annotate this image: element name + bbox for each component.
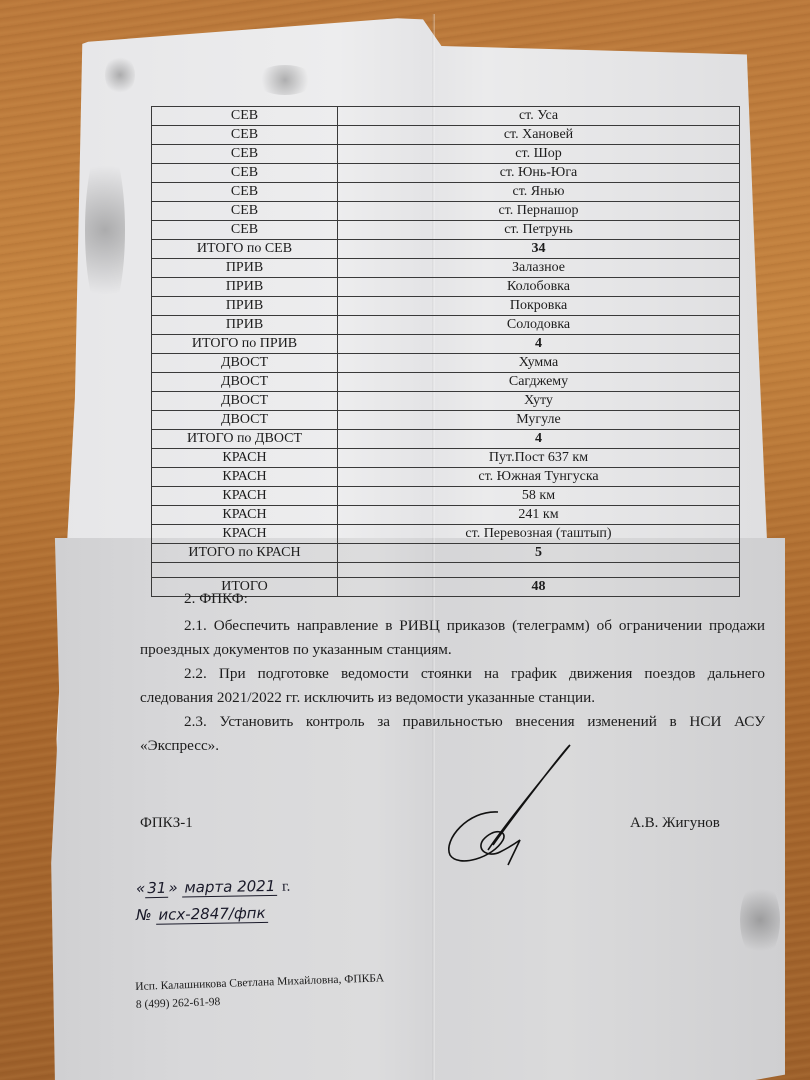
table-row: КРАСНПут.Пост 637 км bbox=[152, 449, 740, 468]
table-row: СЕВст. Шор bbox=[152, 145, 740, 164]
region-cell: СЕВ bbox=[152, 221, 338, 240]
item-2-2: 2.2. При подготовке ведомости стоянки на… bbox=[140, 662, 765, 710]
region-cell: СЕВ bbox=[152, 183, 338, 202]
table-row: ДВОСТСагджему bbox=[152, 373, 740, 392]
station-cell: ст. Южная Тунгуска bbox=[338, 468, 740, 487]
station-cell: ст. Пернашор bbox=[338, 202, 740, 221]
region-cell: КРАСН bbox=[152, 506, 338, 525]
count-cell: 4 bbox=[338, 335, 740, 354]
station-cell bbox=[338, 563, 740, 578]
count-cell: 48 bbox=[338, 578, 740, 597]
region-cell: КРАСН bbox=[152, 468, 338, 487]
table-row: ДВОСТХуту bbox=[152, 392, 740, 411]
region-cell: ДВОСТ bbox=[152, 354, 338, 373]
region-cell: ДВОСТ bbox=[152, 392, 338, 411]
signature-mark bbox=[438, 740, 578, 870]
outgoing-number: исх-2847/фпк bbox=[156, 904, 268, 925]
handwritten-date: «31» марта 2021 г. bbox=[136, 877, 291, 899]
region-cell: СЕВ bbox=[152, 145, 338, 164]
handwritten-number: № исх-2847/фпк bbox=[136, 904, 268, 924]
table-row: ДВОСТХумма bbox=[152, 354, 740, 373]
signer-name: А.В. Жигунов bbox=[630, 815, 720, 832]
region-cell: ИТОГО по КРАСН bbox=[152, 544, 338, 563]
table-total-row: ИТОГО по ПРИВ4 bbox=[152, 335, 740, 354]
station-cell: ст. Шор bbox=[338, 145, 740, 164]
region-cell: ПРИВ bbox=[152, 278, 338, 297]
region-cell: ДВОСТ bbox=[152, 411, 338, 430]
table-blank-row bbox=[152, 563, 740, 578]
table-total-row: ИТОГО по ДВОСТ4 bbox=[152, 430, 740, 449]
table-row: КРАСНст. Южная Тунгуска bbox=[152, 468, 740, 487]
count-cell: 5 bbox=[338, 544, 740, 563]
region-cell: ПРИВ bbox=[152, 316, 338, 335]
region-cell: ПРИВ bbox=[152, 259, 338, 278]
region-cell: СЕВ bbox=[152, 164, 338, 183]
item-2-1: 2.1. Обеспечить направление в РИВЦ прика… bbox=[140, 614, 765, 662]
section-body: 2.1. Обеспечить направление в РИВЦ прика… bbox=[140, 614, 765, 758]
table-row: ПРИВСолодовка bbox=[152, 316, 740, 335]
station-cell: ст. Юнь-Юга bbox=[338, 164, 740, 183]
region-cell: КРАСН bbox=[152, 525, 338, 544]
station-cell: Залазное bbox=[338, 259, 740, 278]
station-cell: Колобовка bbox=[338, 278, 740, 297]
region-cell: ДВОСТ bbox=[152, 373, 338, 392]
table-row: ПРИВПокровка bbox=[152, 297, 740, 316]
region-cell: СЕВ bbox=[152, 126, 338, 145]
table-row: СЕВст. Уса bbox=[152, 107, 740, 126]
table-row: КРАСН58 км bbox=[152, 487, 740, 506]
count-cell: 4 bbox=[338, 430, 740, 449]
region-cell: СЕВ bbox=[152, 202, 338, 221]
stations-table: СЕВст. УсаСЕВст. ХановейСЕВст. ШорСЕВст.… bbox=[151, 106, 740, 597]
table-row: ПРИВКолобовка bbox=[152, 278, 740, 297]
date-month-year: марта 2021 bbox=[182, 877, 277, 898]
station-cell: ст. Перевозная (таштып) bbox=[338, 525, 740, 544]
toner-speck bbox=[255, 65, 315, 95]
station-cell: ст. Уса bbox=[338, 107, 740, 126]
station-cell: Солодовка bbox=[338, 316, 740, 335]
region-cell bbox=[152, 563, 338, 578]
station-cell: ст. Петрунь bbox=[338, 221, 740, 240]
region-cell: ИТОГО по ДВОСТ bbox=[152, 430, 338, 449]
table-row: СЕВст. Петрунь bbox=[152, 221, 740, 240]
toner-speck bbox=[85, 140, 125, 320]
table-row: КРАСНст. Перевозная (таштып) bbox=[152, 525, 740, 544]
station-cell: ст. Янью bbox=[338, 183, 740, 202]
station-cell: Мугуле bbox=[338, 411, 740, 430]
count-cell: 34 bbox=[338, 240, 740, 259]
region-cell: КРАСН bbox=[152, 449, 338, 468]
date-day: 31 bbox=[145, 879, 168, 898]
station-cell: Покровка bbox=[338, 297, 740, 316]
section-heading: 2. ФПКФ: bbox=[184, 590, 248, 608]
signer-position: ФПКЗ-1 bbox=[140, 815, 193, 832]
table-row: ДВОСТМугуле bbox=[152, 411, 740, 430]
table-row: ПРИВЗалазное bbox=[152, 259, 740, 278]
station-cell: Хумма bbox=[338, 354, 740, 373]
table-total-row: ИТОГО по КРАСН5 bbox=[152, 544, 740, 563]
station-cell: Пут.Пост 637 км bbox=[338, 449, 740, 468]
table-row: СЕВст. Пернашор bbox=[152, 202, 740, 221]
table-row: СЕВст. Янью bbox=[152, 183, 740, 202]
station-cell: 241 км bbox=[338, 506, 740, 525]
table-row: СЕВст. Хановей bbox=[152, 126, 740, 145]
toner-speck bbox=[105, 55, 135, 95]
toner-speck bbox=[740, 880, 780, 960]
table-row: СЕВст. Юнь-Юга bbox=[152, 164, 740, 183]
station-cell: Хуту bbox=[338, 392, 740, 411]
table-row: КРАСН241 км bbox=[152, 506, 740, 525]
station-cell: ст. Хановей bbox=[338, 126, 740, 145]
region-cell: СЕВ bbox=[152, 107, 338, 126]
station-cell: 58 км bbox=[338, 487, 740, 506]
table-total-row: ИТОГО по СЕВ34 bbox=[152, 240, 740, 259]
region-cell: ИТОГО по ПРИВ bbox=[152, 335, 338, 354]
station-cell: Сагджему bbox=[338, 373, 740, 392]
region-cell: ПРИВ bbox=[152, 297, 338, 316]
region-cell: КРАСН bbox=[152, 487, 338, 506]
region-cell: ИТОГО по СЕВ bbox=[152, 240, 338, 259]
